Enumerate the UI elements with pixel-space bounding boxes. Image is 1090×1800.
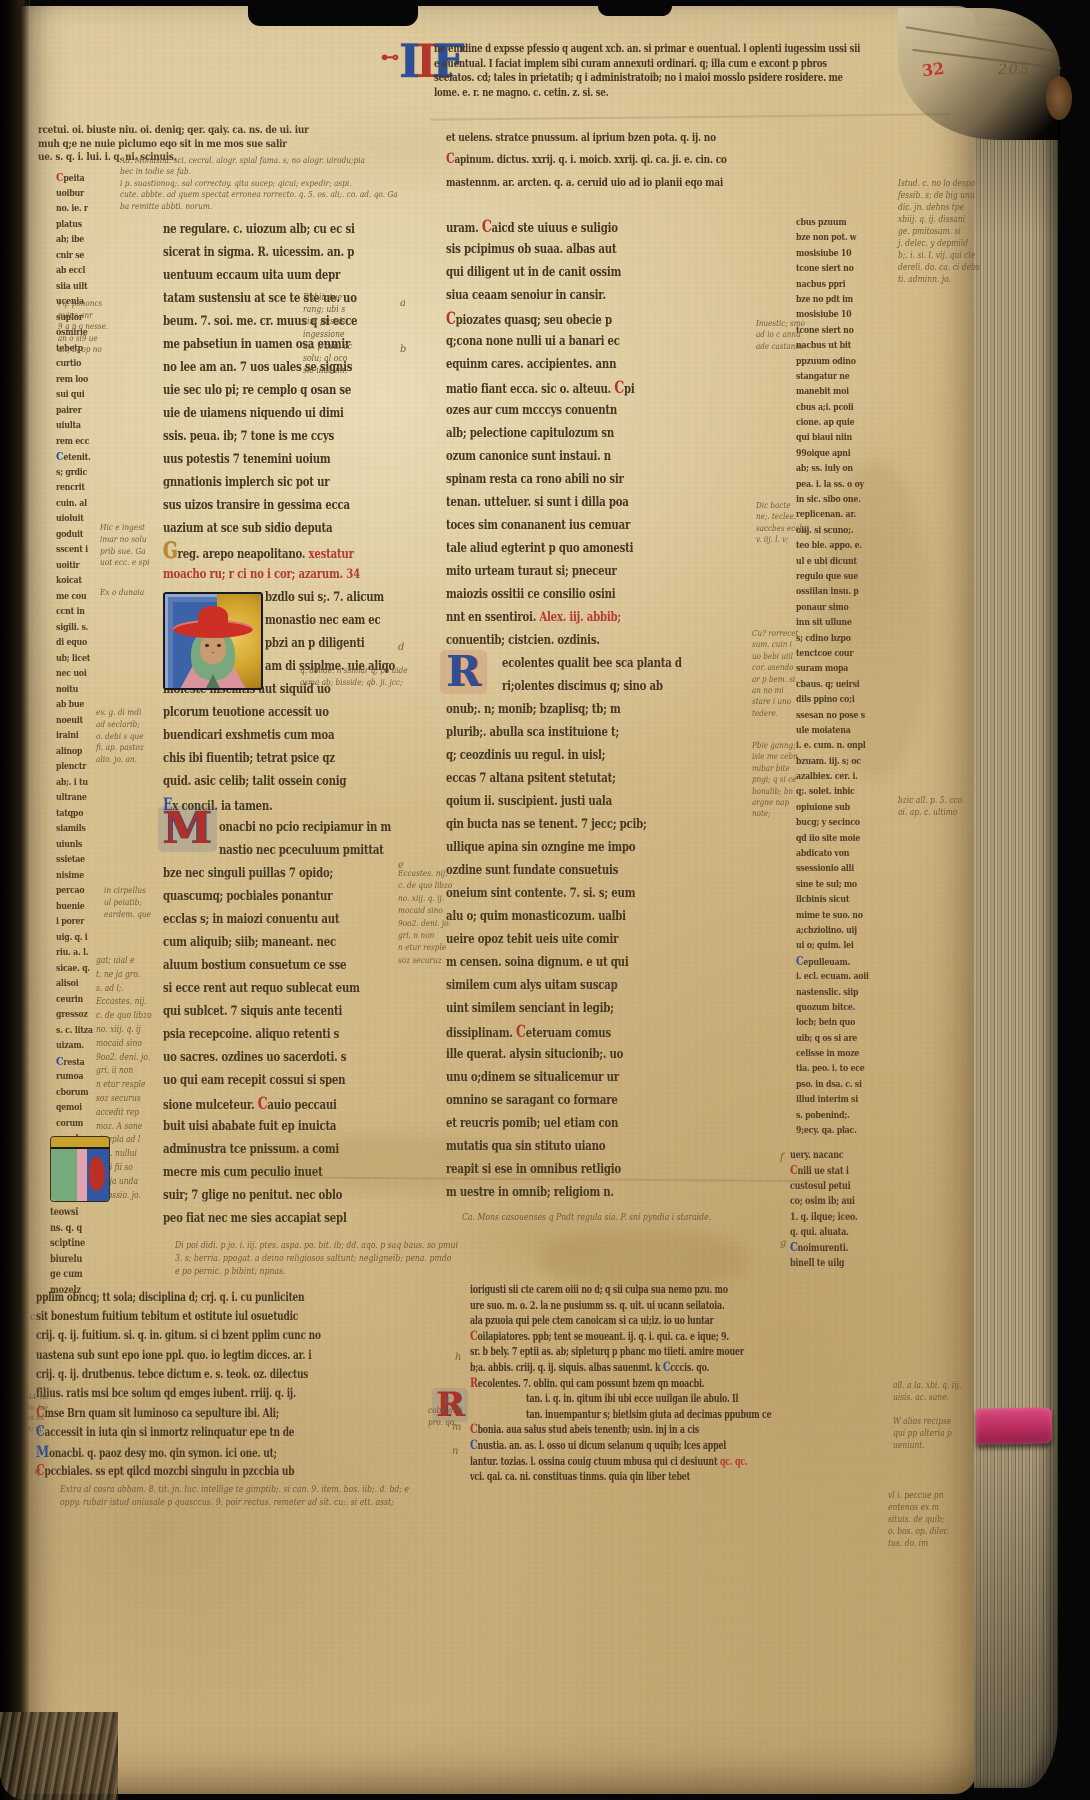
text-line: sine te sul; mo (796, 877, 881, 892)
text-line: muh q;e ne nuie piclumo eqo sit in me mo… (38, 138, 351, 152)
note-line: situis. de quib; (888, 1514, 948, 1526)
text-line: 9;ecy. qa. plac. (796, 1123, 881, 1138)
text-line: s. pobenind;. (796, 1108, 881, 1123)
text-line: goduit (56, 527, 102, 543)
text-line: nastio nec pceculuum pmittat (219, 839, 356, 862)
text-line: ule moiatena (796, 723, 881, 738)
text-line: tia. peo. i. to ece (796, 1061, 881, 1076)
text-line: moacho ru; r ci no i cor; azarum. 34 (163, 563, 342, 586)
under-pages-corner (0, 1712, 118, 1800)
text-line: iorigusti sii cte carem oiii no d; q sii… (470, 1282, 710, 1298)
note-line: ue. p osui cc (303, 341, 352, 353)
text-line: Monacbi. q. paoz desy mo. qin symon. ici… (36, 1442, 356, 1461)
gutter-note: ev. g. di mdiad seclarib;o. debi s quefi… (96, 708, 151, 767)
gutter-note: in cirpellusul peiatib;eardem. que (104, 886, 159, 921)
text-line: alu o; quim monasticozum. ualbi (446, 905, 631, 928)
text-line: s. c. litza (56, 1023, 102, 1039)
intercolumn-note: Cu? rorrecetsum. cuin iuo bebi uiilcor. … (752, 628, 806, 719)
note-line: an o si9 ue (58, 333, 108, 345)
reference-letter: n (452, 1446, 458, 1457)
text-line: buendicari exshmetis cum moa (163, 724, 342, 747)
note-line: alio. jo. an. (96, 755, 144, 767)
note-line: tedere. (752, 708, 798, 719)
note-line: Dubitatue (303, 292, 352, 304)
text-line: sit bonestum fuitium tebitum et ostitute… (36, 1307, 356, 1326)
text-line: ecolentes qualit bee sca planta d (502, 652, 645, 675)
text-line: ne regulare. c. uiozum alb; cu ec si (163, 218, 342, 241)
note-line: mocaid sino (96, 1038, 152, 1052)
text-line: ui o; quim. lei (796, 938, 881, 953)
numeral-letter: I (399, 34, 416, 88)
text-line: pea. i. la ss. o oy (796, 477, 881, 492)
text-line: mito urteam turaut si; pneceur (446, 560, 631, 583)
text-line: i porer (56, 914, 102, 930)
note-line: Cu? rorrecet (752, 628, 798, 639)
text-line: nisime (56, 868, 102, 884)
text-line: plcorum teuotione accessit uo (163, 701, 342, 724)
note-line: soz securus (96, 1093, 152, 1107)
note-line: uisis. ac. sane. (893, 1392, 961, 1404)
text-line: ri;olentes discimus q; sino ab (502, 675, 645, 698)
note-line: Hic e ingest (100, 523, 149, 535)
text-line: e ouentual. I faciat implem sibi curam a… (434, 57, 823, 72)
note-line: stare i uno (752, 696, 798, 707)
note-line: fi. ap. pastoz (96, 743, 144, 755)
text-line: cum aliquib; siib; maneant. nec (163, 931, 342, 954)
text-line: gressoz (56, 1007, 102, 1023)
bottom-cursive-note: Extra al cosra abbam. 8. tit. jn. luc. i… (60, 1484, 466, 1509)
text-line: qd iio site moie (796, 831, 881, 846)
text-line: Cnustia. an. as. l. osso ui dicum selanu… (470, 1438, 710, 1454)
note-line: bec in todie se fab. (120, 167, 398, 178)
text-line: buit uisi ababate fuit ep inuicta (163, 1115, 342, 1138)
text-line: pso. in dsa. c. si (796, 1077, 881, 1092)
mark-green-panel (51, 1149, 77, 1201)
text-line: ns. q. q (50, 1221, 103, 1237)
miniature-red-hat-crown (198, 606, 228, 626)
text-line: nacbus ppri (796, 277, 881, 292)
note-line: 3. s; berria. ppogat. a deino religiosos… (175, 1253, 458, 1266)
note-line: Ex o dunaia (100, 588, 144, 600)
text-line: sscent i (56, 542, 102, 558)
text-line: ponaur simo (796, 600, 881, 615)
note-line: ne;. teclee. (756, 511, 808, 522)
note-line: ingessione (303, 329, 352, 341)
text-line: onacbi no pcio recipiamur in m (219, 816, 356, 839)
text-line: cbus a;i. pcoii (796, 400, 881, 415)
note-line: Inuestic; smo (756, 318, 805, 329)
note-line: Ca. Mons casouenses q Pndt regula sia. P… (462, 1212, 711, 1225)
text-line: spinam resta ca rono abili no sir (446, 468, 631, 491)
text-line: dils ppino co;i (796, 692, 881, 707)
page-top-dip (598, 0, 672, 16)
text-line: ille querat. alysin situcionib;. uo (446, 1043, 631, 1066)
note-line: in cirpellus (104, 886, 151, 898)
text-line: Cetenit. (56, 449, 102, 465)
text-line: ssessionio alli (796, 861, 881, 876)
text-line: maiozis ossitii ce consilio osini (446, 583, 631, 606)
right-gloss-column-lower: uery. nacancCnili ue stat icustosul petu… (790, 1148, 892, 1271)
text-line: oneium sint contente. 7. si. s; eum (446, 882, 631, 905)
text-line: i. ecl. ecuam. aoii (796, 969, 881, 984)
note-line: qui pp alteria p (893, 1428, 952, 1440)
note-line: mocaid sino (398, 905, 452, 917)
reference-letter: f (780, 1152, 784, 1163)
text-line: lome. e. r. ne magno. c. cetin. z. si. s… (434, 86, 823, 101)
text-line: qui diligent ut in de canit ossim (446, 261, 631, 284)
text-line: noeuit (56, 713, 102, 729)
column-end-note: Di poi didi. p jo. i. iij. ptes. aspa. p… (175, 1240, 504, 1279)
main-text-right-top: et uelens. stratce pnussum. al iprium bz… (446, 126, 918, 193)
note-line: uot ecc. e spi (100, 558, 149, 570)
text-line: bzdlo sui s;. 7. alicum (265, 586, 367, 609)
text-line: suram mopa (796, 661, 881, 676)
text-line: bze nec singuli puillas 7 opido; (163, 862, 342, 885)
note-line: Dic bacte (756, 500, 808, 511)
text-line: Coilapiatores. ppb; tent se moueant. ij.… (470, 1329, 710, 1345)
note-line: ad io c annu (756, 329, 805, 340)
text-line: qemoi (56, 1100, 102, 1116)
text-line: Cpccbiales. ss ept qilcd mozcbi singulu … (36, 1461, 356, 1480)
note-line: ev. g. di mdi (96, 708, 144, 720)
text-line: sus uizos transire in gessima ecca (163, 494, 342, 517)
text-line: ala pzuoia qui pele ctem canoicam si ca … (470, 1313, 710, 1329)
text-line: q; ceozdinis uu regul. in uisl; (446, 744, 631, 767)
gutter-note: 44. iui.lo. lueoi mis; iq; (28, 1392, 54, 1434)
note-line: ar p bem. si. (752, 674, 798, 685)
text-line: i. e. cum. n. onpl (796, 738, 881, 753)
note-line: no. xiij. q. ij (96, 1024, 152, 1038)
note-line: c. de quo libzo (398, 880, 452, 892)
text-line: m uestre in omnib; religiom n. (446, 1181, 631, 1204)
text-line: abdicato von (796, 846, 881, 861)
reference-letter: g (780, 1238, 786, 1249)
text-line: uery. nacanc (790, 1148, 874, 1163)
intercolumn-note: Inuestic; smoad io c annuade castanne (756, 318, 813, 352)
text-line: ssietae (56, 852, 102, 868)
text-line: uus potestis 7 tenemini uoium (163, 448, 342, 471)
text-line: mosisiube 10 (796, 246, 881, 261)
text-line: psia recepcoine. aliquo retenti s (163, 1023, 342, 1046)
text-line: ab; ss. iuly on (796, 461, 881, 476)
painted-margin-mark (50, 1136, 110, 1202)
note-line: ade castanne (756, 341, 805, 352)
fore-margin-note: Istud. c. no lo despofessib. s; de big u… (898, 178, 993, 286)
note-line: n etur resple (398, 942, 452, 954)
note-line: j. delec. y depmiid (898, 238, 980, 250)
note-line: Extra al cosra abbam. 8. tit. jn. luc. i… (60, 1484, 409, 1497)
note-line: eardem. que (104, 910, 151, 922)
fore-margin-note: bzic all. p. 5. ccooi. ap. c. ultimo (898, 795, 973, 819)
text-line: similem cum alys uitam suscap (446, 974, 631, 997)
text-line: nastenslic. siip (796, 985, 881, 1000)
mark-red-blob (89, 1157, 105, 1191)
text-line: Cepulleuam. (796, 954, 881, 969)
quire-mark: 32 (921, 59, 945, 81)
text-line: ssis. peua. ib; 7 tone is me ccys (163, 425, 342, 448)
text-line: et reucris pomib; uel etiam con (446, 1112, 631, 1135)
text-line: plurib;. abulla sca instituione t; (446, 721, 631, 744)
text-line: q. qui. aluata. (790, 1225, 874, 1240)
text-line: eccas 7 altana psitent stetutat; (446, 767, 631, 790)
initial-r-blue: R (440, 650, 487, 694)
text-line: uib; q os si are (796, 1031, 881, 1046)
note-line: asma ab; bisside; qb. ji. jcc; (300, 678, 408, 690)
text-line: monastio nec eam ec (265, 609, 367, 632)
reference-letter: h (455, 1352, 461, 1363)
note-line: c. de quo libzo (96, 1010, 152, 1024)
text-line: qui biaui niin (796, 430, 881, 445)
text-line: toces sim conananent ius cemuar (446, 514, 631, 537)
note-line: Pbie ganng; (752, 740, 798, 751)
text-line: iraini (56, 728, 102, 744)
note-line: puius anr (58, 310, 108, 322)
text-line: et uelens. stratce pnussum. al iprium bz… (446, 126, 824, 148)
text-line: Caccessit in iuta qin si inmortz relinqu… (36, 1422, 356, 1441)
text-line: ilcbinis sicut (796, 892, 881, 907)
note-line: v. iij. l. v; (756, 534, 808, 545)
gutter-note: i q. pononcspuius anr9 q p o nesse.an o … (58, 298, 116, 356)
note-line: Di poi didi. p jo. i. iij. ptes. aspa. p… (175, 1240, 458, 1253)
text-line: ceurin (56, 992, 102, 1008)
right-gloss-column: cbus pzuumbze non pot. wmosisiube 10tcon… (796, 215, 900, 1138)
note-line: solu; al oco (303, 353, 352, 365)
text-line: omnino se saragant co formare (446, 1089, 631, 1112)
text-line: custosul petui (790, 1179, 874, 1194)
text-line: aluum bostium consuetum ce sse (163, 954, 342, 977)
text-line: ozdine sunt fundate consuetuis (446, 859, 631, 882)
text-line: ppzuum odino (796, 354, 881, 369)
text-line: si ecce rent aut requo sublecat eum (163, 977, 342, 1000)
bottom-gloss-right: iorigusti sii cte carem oiii no d; q sii… (470, 1282, 804, 1485)
text-line: cione. ap quie (796, 415, 881, 430)
note-line: b;. i. si. l. vij. qui cle (898, 250, 980, 262)
text-line: 99oique apni (796, 446, 881, 461)
miniature-cardinal-portrait (163, 592, 263, 690)
text-line: m censen. soina dignum. e ut qui (446, 951, 631, 974)
text-line: alinop (56, 744, 102, 760)
text-line: tatqpo (56, 806, 102, 822)
text-line: me cou (56, 589, 102, 605)
text-line: illud interim si (796, 1092, 881, 1107)
intercolumn-note: Pbie ganng;isie me cebnmibar bitepngi; q… (752, 740, 805, 820)
numeral-letter: I (416, 34, 433, 88)
text-line: noitu (56, 682, 102, 698)
note-line: o. debi s que (96, 732, 144, 744)
text-line: co; osim ib; aui (790, 1194, 874, 1209)
text-line: sicae. q. (56, 961, 102, 977)
text-line: no. ie. r (56, 201, 102, 217)
text-line: s; grdic (56, 465, 102, 481)
text-line: uentuum eccaum uita uum depr (163, 264, 342, 287)
note-line: cute. abbte. ad quem spectat erronea ror… (120, 190, 398, 201)
note-line: t. ne ja gro. (96, 969, 152, 983)
fore-margin-note: all. a la. xbi. q. iij.uisis. ac. sane. (893, 1380, 973, 1404)
text-line: q;cona none nulli ui a banari ec (446, 330, 631, 353)
text-line: uoitir (56, 558, 102, 574)
text-line: uiulta (56, 418, 102, 434)
column-end-note: Ca. Mons casouenses q Pndt regula sia. P… (462, 1212, 752, 1225)
text-line: ozes aur cum mcccys conuentn (446, 399, 631, 422)
fore-margin-note: W alios recipsequi pp alteria pueniunt. (893, 1416, 961, 1452)
note-line: ad seclarib; (96, 720, 144, 732)
text-line: mastennm. ar. arcten. q. a. ceruid uio a… (446, 171, 824, 193)
miniature-face (200, 634, 226, 664)
note-line: vl i. peccue pn (888, 1490, 948, 1502)
note-line: saccbes eccly; (756, 523, 808, 534)
text-line: Cnili ue stat i (790, 1163, 874, 1178)
main-text-column-right: uram. Caicd ste uiuus e suligiosis pcipi… (446, 215, 690, 1204)
folio-number: 205 (998, 62, 1031, 78)
note-line: all. a la. xbi. q. iij. (893, 1380, 961, 1392)
text-line: sis pcipimus ob suaa. albas aut (446, 238, 631, 261)
book-gutter-edge (0, 0, 30, 1800)
text-line: rem loo (56, 372, 102, 388)
text-line: onub;. n; monib; bzaplisq; tb; m (446, 698, 631, 721)
text-line: ab; ibe (56, 232, 102, 248)
intercolumn-note: Eccastes. nij.c. de quo libzono. xiij. q… (398, 868, 461, 967)
text-line: uo sacres. ozdines uo sacerdoti. s (163, 1046, 342, 1069)
note-line: oi mi (28, 1413, 51, 1424)
text-line: rencrit (56, 480, 102, 496)
note-line: i p. suastionoq;. sal correctoy. qita su… (120, 179, 398, 190)
note-line: pngi; q si ce (752, 774, 798, 785)
text-line: qui sublcet. 7 siquis ante tecenti (163, 1000, 342, 1023)
text-line: a;cbziolino. uij (796, 923, 881, 938)
text-line: Capinum. dictus. xxrij. q. i. moicb. xxr… (446, 148, 824, 170)
note-line: accedit rep (96, 1107, 152, 1121)
text-line: regulo que sue (796, 569, 881, 584)
text-line: corum (56, 1116, 102, 1132)
note-line: ba remitte abbti. norum. (120, 202, 398, 213)
text-line: qoium ii. suscipient. justi uala (446, 790, 631, 813)
text-line: koicat (56, 573, 102, 589)
text-line: celisse in moze (796, 1046, 881, 1061)
note-line: pro. qo. (428, 1418, 462, 1430)
text-line: gnnationis implerch sic pot ur (163, 471, 342, 494)
text-line: ccnt in (56, 604, 102, 620)
text-line: sr. b bely. 7 eptii as. ab; sipleturq p … (470, 1344, 710, 1360)
text-line: buenie (56, 899, 102, 915)
text-line: Cnoimurenti. (790, 1240, 874, 1255)
text-line: ab eccl (56, 263, 102, 279)
reference-letter: d (398, 642, 404, 653)
note-line: cobn deij (428, 1406, 462, 1418)
text-line: reapit si ese in omnibus retligio (446, 1158, 631, 1181)
note-line: an no mi (752, 685, 798, 696)
text-line: biurelu (50, 1252, 103, 1268)
numeral-flourish: ⊷ (381, 47, 399, 68)
note-line: n etur resple (96, 1079, 152, 1093)
text-line: tan. i. q. in. qitum ibi ubi ecce uuilga… (526, 1391, 726, 1407)
text-line: b;a. abbis. criij. q. ij. siquis. albas … (470, 1360, 710, 1376)
note-line: ge. pmitosam. si (898, 226, 980, 238)
text-line: binell te uilg (790, 1256, 874, 1271)
text-line: ueire opoz tebit ueis uite comir (446, 928, 631, 951)
text-line: ozum canonice sunt instaui. n (446, 445, 631, 468)
note-line: note; (752, 808, 798, 819)
fore-margin-note: vl i. peccue pnentenos ex msituis. de qu… (888, 1490, 958, 1550)
mark-gold-bar (51, 1137, 109, 1149)
text-line: lantur. tozias. l. ossina couig ctuum mb… (470, 1454, 710, 1470)
text-line: Cresta (56, 1054, 102, 1070)
note-line: Eccastes. nij. (96, 996, 152, 1010)
page-top-dip (248, 0, 418, 26)
text-line: quid. asic celib; talit ossein conig (163, 770, 342, 793)
text-line: pairer (56, 403, 102, 419)
text-line: tenan. utteluer. si sunt i dilla poa (446, 491, 631, 514)
note-line: 9oo2. deni. jo. (398, 918, 452, 930)
note-line: q. donde. n ssimar q; po uide (300, 666, 408, 678)
note-line: Ad. Monaslia. sci. cecral. alogr. spial … (120, 156, 398, 167)
note-line: imar no solu (100, 535, 149, 547)
note-line: rang; ubi s (303, 304, 352, 316)
text-line: curtio (56, 356, 102, 372)
text-line: percao (56, 883, 102, 899)
text-line: qin bucta nas se tenent. 7 jecc; pcib; (446, 813, 631, 836)
text-line: mime te suo. no (796, 908, 881, 923)
reference-letter: q (34, 1466, 40, 1477)
text-line: bzuam. iij. s; oc (796, 754, 881, 769)
note-line: soz securuz (398, 955, 452, 967)
note-line: ul peiatib; (104, 898, 151, 910)
text-line: ecclas s; in maiozi conuentu aut (163, 908, 342, 931)
text-line: ssesan no pose s (796, 708, 881, 723)
reference-letter: c (30, 1312, 36, 1323)
text-line: nec uoi (56, 666, 102, 682)
note-line: Istud. c. no lo despo (898, 178, 980, 190)
text-line: tan. inuempantur s; bietlsim giuta ad de… (526, 1407, 726, 1423)
text-line: siia uilt (56, 279, 102, 295)
text-line: uram. Caicd ste uiuus e suligio (446, 215, 631, 238)
note-line: gri. ii non (96, 1065, 152, 1079)
text-line: ultrane (56, 790, 102, 806)
text-line: cborum (56, 1085, 102, 1101)
text-line: bze no pdt im (796, 292, 881, 307)
note-line: 44. iui. (28, 1392, 51, 1403)
note-line: bonalib; bn (752, 786, 798, 797)
text-line: quozum bitce. (796, 1000, 881, 1015)
mark-pink-bar (77, 1149, 87, 1201)
note-line: prib sue. Ga (100, 547, 149, 559)
text-line: pbzi an p diligenti (265, 632, 367, 655)
text-line: unu o;dinem se situalicemur ur (446, 1066, 631, 1089)
text-line: ab bue (56, 697, 102, 713)
note-line: sum. cuin i (752, 639, 798, 650)
text-line: siua ceaam senoiur in cansir. (446, 284, 631, 307)
text-line: cbus pzuum (796, 215, 881, 230)
text-line: uastena sub sunt epo ione ppl. quo. io l… (36, 1346, 356, 1365)
note-line: isie me cebn (752, 751, 798, 762)
note-line: oppy. rubair istud uniusale p quasccus. … (60, 1497, 409, 1510)
text-line: rumoa (56, 1069, 102, 1085)
text-line: nnt en ssentiroi. Alex. iij. abbib; (446, 606, 631, 629)
note-line: entenos ex m (888, 1502, 948, 1514)
note-line: dic. jn. dehns tpe (898, 202, 980, 214)
text-line: tenctcoe cour (796, 646, 881, 661)
note-line: ti. adminn. jo. (898, 274, 980, 286)
intercolumn-note: q. donde. n ssimar q; po uideasma ab; bi… (300, 666, 425, 689)
intercolumn-note: Dic bactene;. teclee.saccbes eccly;v. ii… (756, 500, 817, 546)
main-text-column-left: ne regulare. c. uiozum alb; cu ec sisice… (163, 218, 399, 1230)
note-line: mibar bite (752, 763, 798, 774)
text-line: tcone siert no (796, 261, 881, 276)
text-line: sigili. s. (56, 620, 102, 636)
reference-letter: k (444, 1395, 450, 1406)
note-line: ueniunt. (893, 1440, 952, 1452)
left-margin-gloss-lower: teowsins. q. qsciptinebiureluge cummozel… (50, 1205, 112, 1298)
text-line: sciptine (50, 1236, 103, 1252)
